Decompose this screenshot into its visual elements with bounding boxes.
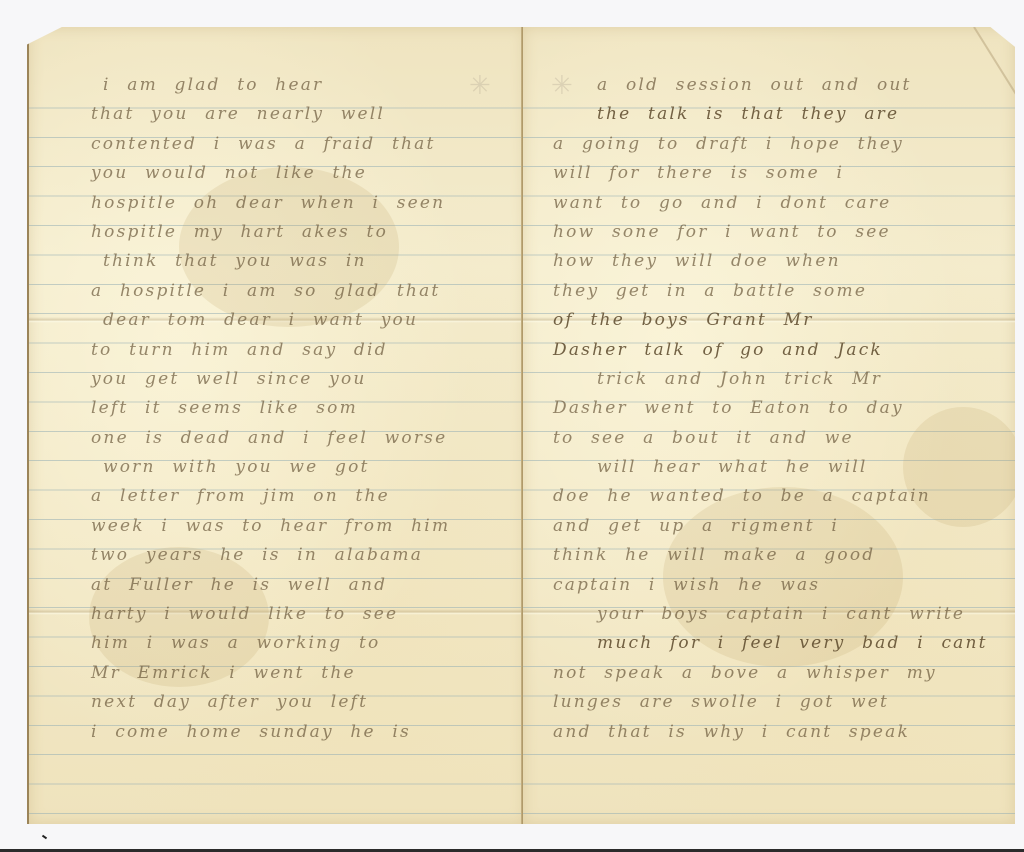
handwritten-line: lunges are swolle i got wet [523,688,1015,717]
handwritten-line: and get up a rigment i [523,512,1015,541]
handwritten-line: two years he is in alabama [29,541,525,570]
right-page-text: a old session out and out the talk is th… [523,71,1015,747]
handwritten-line: next day after you left [29,688,525,717]
handwritten-line: want to go and i dont care [523,189,1015,218]
left-page-text: i am glad to hear that you are nearly we… [29,71,525,747]
handwritten-line: dear tom dear i want you [29,306,525,335]
handwritten-line: Dasher talk of go and Jack [523,336,1015,365]
handwritten-line: think that you was in [29,247,525,276]
handwritten-line: how sone for i want to see [523,218,1015,247]
handwritten-line: week i was to hear from him [29,512,525,541]
handwritten-line: i come home sunday he is [29,718,525,747]
letter-page-right: ✳ a old session out and out the talk is … [523,27,1015,824]
handwritten-line: you would not like the [29,159,525,188]
handwritten-line: and that is why i cant speak [523,718,1015,747]
handwritten-line: you get well since you [29,365,525,394]
handwritten-line: your boys captain i cant write [523,600,1015,629]
handwritten-line: Dasher went to Eaton to day [523,394,1015,423]
handwritten-line: much for i feel very bad i cant [523,629,1015,658]
handwritten-line: how they will doe when [523,247,1015,276]
handwritten-line: the talk is that they are [523,100,1015,129]
handwritten-line: a going to draft i hope they [523,130,1015,159]
handwritten-line: trick and John trick Mr [523,365,1015,394]
handwritten-line: will for there is some i [523,159,1015,188]
handwritten-line: to turn him and say did [29,336,525,365]
handwritten-line: at Fuller he is well and [29,571,525,600]
handwritten-line: of the boys Grant Mr [523,306,1015,335]
handwritten-line: that you are nearly well [29,100,525,129]
handwritten-line: one is dead and i feel worse [29,424,525,453]
handwritten-line: worn with you we got [29,453,525,482]
handwritten-line: contented i was a fraid that [29,130,525,159]
handwritten-line: Mr Emrick i went the [29,659,525,688]
handwritten-line: captain i wish he was [523,571,1015,600]
handwritten-line: a hospitle i am so glad that [29,277,525,306]
scan-speck [42,835,47,840]
handwritten-line: i am glad to hear [29,71,525,100]
handwritten-line: hospitle my hart akes to [29,218,525,247]
handwritten-line: hospitle oh dear when i seen [29,189,525,218]
handwritten-line: him i was a working to [29,629,525,658]
handwritten-line: harty i would like to see [29,600,525,629]
handwritten-line: not speak a bove a whisper my [523,659,1015,688]
handwritten-line: they get in a battle some [523,277,1015,306]
handwritten-line: left it seems like som [29,394,525,423]
handwritten-line: to see a bout it and we [523,424,1015,453]
handwritten-line: a old session out and out [523,71,1015,100]
handwritten-line: will hear what he will [523,453,1015,482]
handwritten-line: doe he wanted to be a captain [523,482,1015,511]
handwritten-line: think he will make a good [523,541,1015,570]
letter-page-left: ✳ i am glad to hear that you are nearly … [27,27,525,824]
handwritten-line: a letter from jim on the [29,482,525,511]
